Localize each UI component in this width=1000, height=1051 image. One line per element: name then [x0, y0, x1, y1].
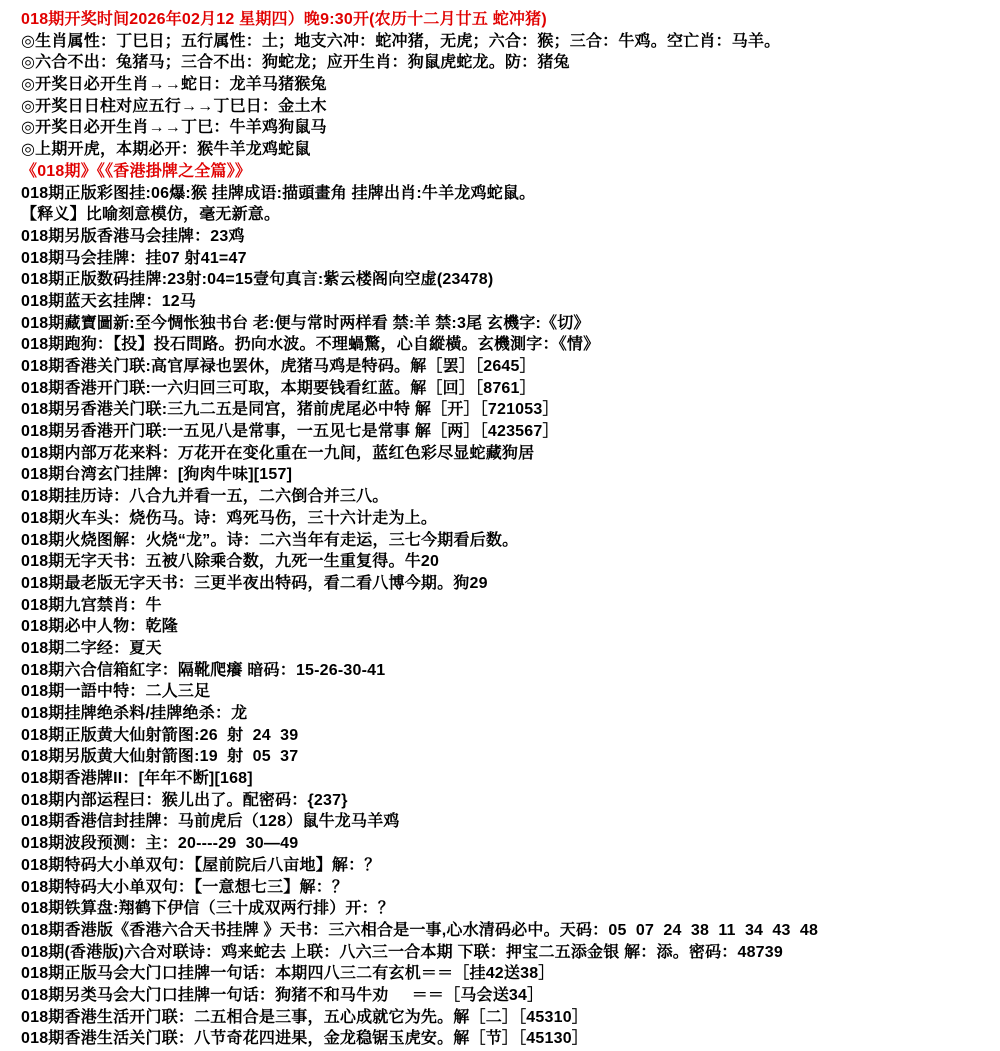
text-line: 018期正版彩图挂:06爆:猴 挂牌成语:描頭畫角 挂牌出肖:牛羊龙鸡蛇鼠。: [21, 183, 994, 205]
text-line: 018期九宫禁肖：牛: [21, 595, 994, 617]
text-line: 018期挂历诗：八合九并看一五，二六倒合并三八。: [21, 486, 994, 508]
text-line: 018期台湾玄门挂牌：[狗肉牛味][157]: [21, 464, 994, 486]
text-line: 018期最老版无字天书：三更半夜出特码，看二看八博今期。狗29: [21, 573, 994, 595]
text-line: 018期波段预测：主：20----29 30—49: [21, 833, 994, 855]
text-line: 018期香港版《香港六合天书挂牌 》天书：三六相合是一事,心水清码必中。天码：0…: [21, 920, 994, 942]
text-line: 018期六合信箱紅字：隔靴爬癢 暗码：15-26-30-41: [21, 660, 994, 682]
document-body: 018期开奖时间2026年02月12 星期四）晚9:30开(农历十二月廿五 蛇冲…: [0, 0, 1000, 1051]
text-line: 018期特码大小单双句：【一意想七三】解：？: [21, 877, 994, 899]
text-line: 018期开奖时间2026年02月12 星期四）晚9:30开(农历十二月廿五 蛇冲…: [21, 9, 994, 31]
text-line: 018期铁算盘:翔鹤下伊信（三十成双两行排）开：？: [21, 898, 994, 920]
text-line: ◎开奖日必开生肖→→蛇日：龙羊马猪猴兔: [21, 74, 994, 96]
text-line: ◎六合不出：兔猪马；三合不出：狗蛇龙；应开生肖：狗鼠虎蛇龙。防：猪兔: [21, 52, 994, 74]
text-line: 018期香港开门联:一六归回三可取，本期要钱看红蓝。解［回］［8761］: [21, 378, 994, 400]
text-line: ◎生肖属性：丁巳日；五行属性：土；地支六冲：蛇冲猪，无虎；六合：猴；三合：牛鸡。…: [21, 31, 994, 53]
text-line: 018期另版黄大仙射箭图:19 射 05 37: [21, 746, 994, 768]
text-line: 018期(香港版)六合对联诗：鸡来蛇去 上联：八六三一合本期 下联：押宝二五添金…: [21, 942, 994, 964]
text-line: 018期香港生活开门联：二五相合是三事，五心成就它为先。解［二］［45310］: [21, 1007, 994, 1029]
text-line: 018期香港生活关门联：八节奇花四进果，金龙稳锯玉虎安。解［节］［45130］: [21, 1028, 994, 1050]
text-line: 018期挂牌绝杀料/挂牌绝杀：龙: [21, 703, 994, 725]
text-line: 018期藏寶圖新:至今惆怅独书台 老:便与常时两样看 禁:羊 禁:3尾 玄機字:…: [21, 313, 994, 335]
text-line: 018期正版数码挂牌:23射:04=15壹句真言:紫云楼阁向空虚(23478): [21, 269, 994, 291]
text-line: 018期二字经：夏天: [21, 638, 994, 660]
text-line: 018期香港牌II：[年年不断][168]: [21, 768, 994, 790]
text-line: 018期另版香港马会挂牌：23鸡: [21, 226, 994, 248]
text-line: 【释义】比喻刻意模仿，毫无新意。: [21, 204, 994, 226]
text-line: 018期马会挂牌：挂07 射41=47: [21, 248, 994, 270]
text-line: 018期一語中特：二人三足: [21, 681, 994, 703]
text-line: 018期香港信封挂牌：马前虎后（128）鼠牛龙马羊鸡: [21, 811, 994, 833]
text-line: 018期另类马会大门口挂牌一句话：狗猪不和马牛劝 ＝＝［马会送34］: [21, 985, 994, 1007]
text-line: ◎开奖日日柱对应五行→→丁巳日：金土木: [21, 96, 994, 118]
text-line: 018期正版马会大门口挂牌一句话：本期四八三二有玄机＝＝［挂42送38］: [21, 963, 994, 985]
text-line: 018期内部运程曰：猴儿出了。配密码：{237}: [21, 790, 994, 812]
text-line: 018期另香港开门联:一五见八是常事，一五见七是常事 解［两］［423567］: [21, 421, 994, 443]
text-line: 018期特码大小单双句：【屋前院后八亩地】解：？: [21, 855, 994, 877]
text-line: 018期内部万花来料：万花开在变化重在一九间，蓝红色彩尽显蛇藏狗居: [21, 443, 994, 465]
text-line: 018期跑狗：【投】投石問路。扔向水波。不理蝸驚，心自縱橫。玄機測字：《情》: [21, 334, 994, 356]
text-line: 018期香港关门联:高官厚禄也罢休，虎猪马鸡是特码。解［罢］［2645］: [21, 356, 994, 378]
text-line: 018期另香港关门联:三九二五是同宫，猪前虎尾必中特 解［开］［721053］: [21, 399, 994, 421]
text-line: 018期必中人物：乾隆: [21, 616, 994, 638]
text-line: 018期蓝天玄挂牌：12马: [21, 291, 994, 313]
text-line: 018期火车头：烧伤马。诗：鸡死马伤，三十六计走为上。: [21, 508, 994, 530]
text-line: ◎上期开虎，本期必开：猴牛羊龙鸡蛇鼠: [21, 139, 994, 161]
text-line: 《018期》《《香港掛牌之全篇》》: [21, 161, 994, 183]
text-line: 018期火烧图解：火烧“龙”。诗：二六当年有走运，三七今期看后数。: [21, 530, 994, 552]
text-line: 018期正版黄大仙射箭图:26 射 24 39: [21, 725, 994, 747]
text-line: 018期无字天书：五被八除乘合数，九死一生重复得。牛20: [21, 551, 994, 573]
text-line: ◎开奖日必开生肖→→丁巳：牛羊鸡狗鼠马: [21, 117, 994, 139]
